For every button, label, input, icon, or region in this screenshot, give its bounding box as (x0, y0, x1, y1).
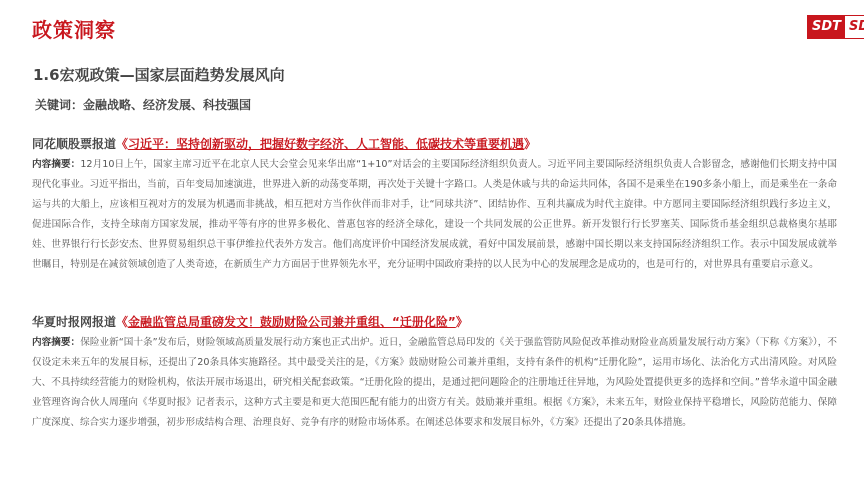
summary-label: 内容摘要： (32, 159, 80, 170)
article-summary: 内容摘要：12月10日上午，国家主席习近平在北京人民大会堂会见来华出席“1+10… (32, 155, 837, 275)
keywords: 关键词：金融战略、经济发展、科技强国 (35, 96, 251, 113)
section-title: 1.6宏观政策—国家层面趋势发展风向 (33, 64, 285, 85)
article-source: 华夏时报网报道 (32, 315, 116, 329)
open-bracket: 《 (116, 315, 128, 329)
sdt-logo: SDT SDT (807, 15, 864, 39)
page-title: 政策洞察 (32, 14, 116, 43)
logo-left: SDT (808, 16, 845, 38)
article-link[interactable]: 习近平：坚持创新驱动，把握好数字经济、人工智能、低碳技术等重要机遇 (128, 137, 524, 151)
article-source: 同花顺股票报道 (32, 137, 116, 151)
article: 同花顺股票报道《习近平：坚持创新驱动，把握好数字经济、人工智能、低碳技术等重要机… (32, 135, 837, 275)
article: 华夏时报网报道《金融监管总局重磅发文！鼓励财险公司兼并重组、“迁册化险”》 内容… (32, 313, 837, 433)
open-bracket: 《 (116, 137, 128, 151)
article-headline: 华夏时报网报道《金融监管总局重磅发文！鼓励财险公司兼并重组、“迁册化险”》 (32, 313, 837, 331)
logo-right: SDT (845, 16, 864, 38)
summary-text: 12月10日上午，国家主席习近平在北京人民大会堂会见来华出席“1+10”对话会的… (32, 159, 837, 270)
article-summary: 内容摘要：保险业新“国十条”发布后，财险领域高质量发展行动方案也正式出炉。近日，… (32, 333, 837, 433)
summary-label: 内容摘要： (32, 337, 80, 348)
close-bracket: 》 (456, 315, 468, 329)
article-link[interactable]: 金融监管总局重磅发文！鼓励财险公司兼并重组、“迁册化险” (128, 315, 456, 329)
summary-text: 保险业新“国十条”发布后，财险领域高质量发展行动方案也正式出炉。近日，金融监管总… (32, 337, 837, 428)
article-headline: 同花顺股票报道《习近平：坚持创新驱动，把握好数字经济、人工智能、低碳技术等重要机… (32, 135, 837, 153)
close-bracket: 》 (524, 137, 536, 151)
